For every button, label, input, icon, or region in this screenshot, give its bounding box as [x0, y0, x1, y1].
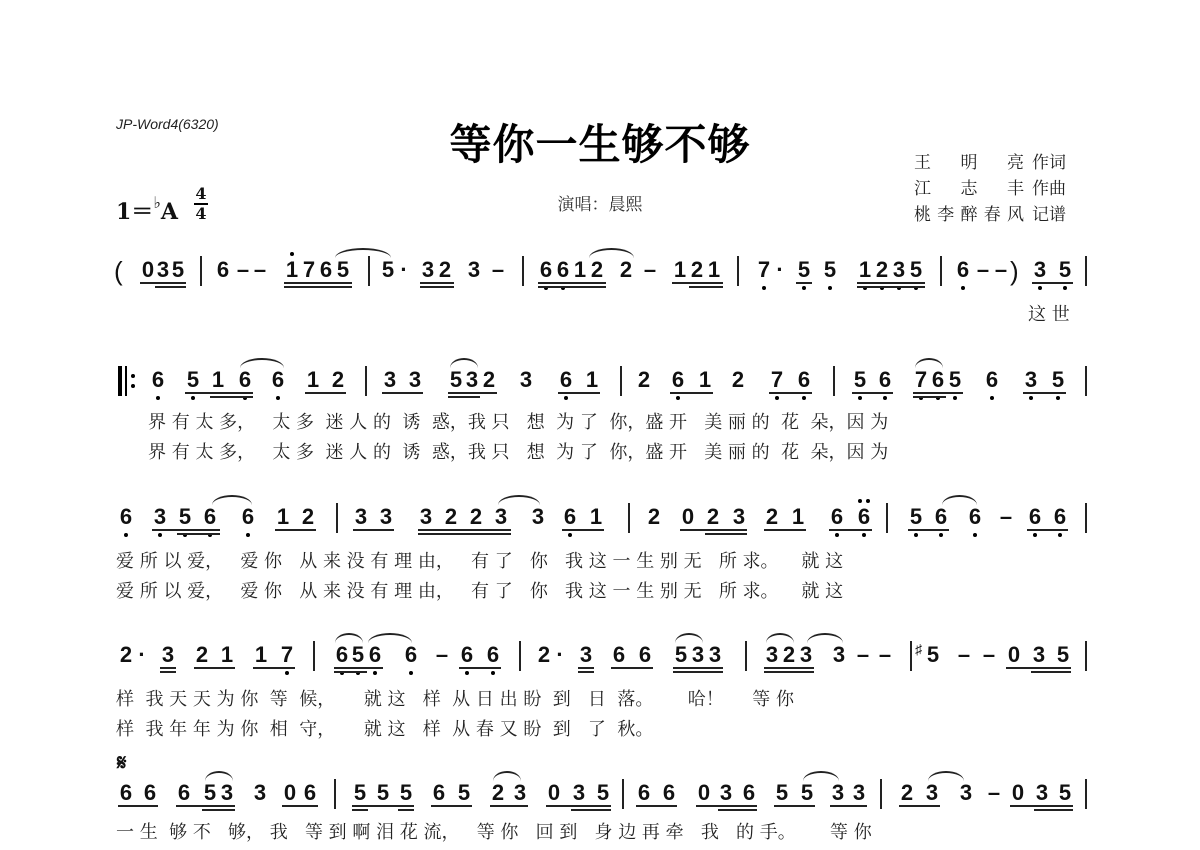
note: 6 [796, 368, 812, 392]
note: 2 [874, 258, 890, 282]
note: 6 [431, 781, 447, 805]
note: 6 [334, 643, 350, 667]
underline-beam [562, 529, 604, 531]
lower-octave-dot [158, 533, 162, 537]
note: 5 [595, 781, 611, 805]
lyric-line: 界 有 太 多， 太 多 迷 人 的 诱 惑，我 只 想 为 了 你，盛 开 美… [148, 438, 888, 464]
note: – [975, 258, 991, 282]
transcriber-credit: 桃 李 醉 春 风 记谱 [914, 202, 1066, 228]
repeat-part [131, 374, 135, 378]
credit-char: 李 [937, 202, 954, 228]
lower-octave-dot [276, 396, 280, 400]
repeat-part [118, 366, 122, 396]
note: 1 [588, 505, 604, 529]
underline-beam [1034, 809, 1073, 811]
bar-line [336, 503, 338, 533]
bar-line [620, 366, 622, 396]
note: 2 [781, 643, 797, 667]
note: 5 [352, 781, 368, 805]
underline-beam [177, 533, 220, 535]
lyric-line: 样 我 年 年 为 你 相 守， 就 这 样 从 春 又 盼 到 了 秋。 [116, 715, 653, 741]
note: 5 [1050, 368, 1066, 392]
note: 2 [437, 258, 453, 282]
lower-octave-dot [802, 286, 806, 290]
bar-line [886, 503, 888, 533]
lyric-line: 一 生 够 不 够， 我 等 到 啊 泪 花 流， 等 你 回 到 身 边 再 … [116, 818, 872, 844]
credit-char: 桃 [914, 202, 931, 228]
underline-beam [448, 396, 480, 398]
underline-beam [253, 667, 295, 669]
underline-beam [611, 667, 653, 669]
note: 5 [448, 368, 464, 392]
note: 2 [646, 505, 662, 529]
note: 0 [1010, 781, 1026, 805]
note: 6 [930, 368, 946, 392]
note: 3 [831, 643, 847, 667]
underline-beam [558, 392, 600, 394]
note: 6 [150, 368, 166, 392]
credits: 王 明 亮 作词 江 志 丰 作曲 桃 李 醉 春 风 记谱 [914, 150, 1066, 228]
note: 3 [155, 258, 171, 282]
note: 2 [194, 643, 210, 667]
slur [766, 633, 794, 643]
underline-beam [210, 396, 253, 398]
note: 0 [282, 781, 298, 805]
underline-beam [857, 282, 925, 284]
bar-line [1085, 256, 1087, 286]
note: 5 [380, 258, 396, 282]
note: 2 [589, 258, 605, 282]
credit-char: 亮 [1007, 150, 1024, 176]
note: 5 [177, 505, 193, 529]
note: 3 [731, 505, 747, 529]
underline-beam [334, 671, 367, 673]
underline-beam [913, 396, 946, 398]
note: 3 [1032, 258, 1048, 282]
key-note: A [161, 199, 178, 225]
note: 5 [774, 781, 790, 805]
note: 3 [798, 643, 814, 667]
note: 3 [1031, 643, 1047, 667]
note: 6 [240, 505, 256, 529]
lower-octave-dot [1056, 396, 1060, 400]
note: 6 [176, 781, 192, 805]
note: 5 [908, 258, 924, 282]
note: – [490, 258, 506, 282]
lower-octave-dot [191, 396, 195, 400]
note: 6 [611, 643, 627, 667]
lower-octave-dot [373, 671, 377, 675]
note: 5♯ [925, 643, 941, 667]
note: – [986, 781, 1002, 805]
note: 1 [284, 258, 300, 282]
underline-beam [431, 805, 472, 807]
note: 6 [670, 368, 686, 392]
note: 5 [1055, 643, 1071, 667]
note: 5 [375, 781, 391, 805]
paren: ) [1010, 256, 1019, 287]
underline-beam [352, 809, 368, 811]
note: – [981, 643, 997, 667]
bar-line [200, 256, 202, 286]
note: 3 [378, 505, 394, 529]
bar-line [940, 256, 942, 286]
note: 3 [530, 505, 546, 529]
underline-beam [908, 529, 949, 531]
underline-beam [672, 282, 723, 284]
lower-octave-dot [491, 671, 495, 675]
slur [675, 633, 703, 643]
underline-beam [382, 392, 423, 394]
slur [240, 358, 284, 368]
note: 3 [152, 505, 168, 529]
lower-octave-dot [939, 533, 943, 537]
note: · [134, 643, 150, 667]
underline-beam [118, 805, 158, 807]
note: – [877, 643, 893, 667]
note: 5 [1057, 258, 1073, 282]
note: 6 [118, 781, 134, 805]
note: 1 [572, 258, 588, 282]
note: 7 [913, 368, 929, 392]
note: 2 [490, 781, 506, 805]
note: 2 [468, 505, 484, 529]
note: 3 [764, 643, 780, 667]
note: 1 [857, 258, 873, 282]
note: 6 [829, 505, 845, 529]
bar-line [628, 503, 630, 533]
note: 6 [555, 258, 571, 282]
note: 3 [1034, 781, 1050, 805]
note: 6 [202, 505, 218, 529]
credit-char: 风 [1007, 202, 1024, 228]
bar-line [365, 366, 367, 396]
lower-octave-dot [465, 671, 469, 675]
bar-line [1085, 366, 1087, 396]
lower-octave-dot [568, 533, 572, 537]
underline-beam [673, 667, 723, 669]
underline-beam [852, 392, 893, 394]
slur [450, 358, 478, 368]
underline-beam [680, 529, 747, 531]
lyric-line: 爱 所 以 爱， 爱 你 从 来 没 有 理 由， 有 了 你 我 这 一 生 … [116, 547, 843, 573]
note: 2 [705, 505, 721, 529]
note: 3 [571, 781, 587, 805]
underline-beam [140, 282, 186, 284]
note: 3 [252, 781, 268, 805]
note: – [855, 643, 871, 667]
note: – [235, 258, 251, 282]
bar-line [522, 256, 524, 286]
lower-octave-dot [1058, 533, 1062, 537]
note: 5 [202, 781, 218, 805]
note: 1 [210, 368, 226, 392]
lower-octave-dot [564, 396, 568, 400]
note: 0 [680, 505, 696, 529]
lower-octave-dot [914, 533, 918, 537]
slur [498, 495, 540, 505]
note: 2 [689, 258, 705, 282]
note: 6 [1027, 505, 1043, 529]
note: 3 [353, 505, 369, 529]
underline-beam [899, 805, 940, 807]
underline-beam [829, 529, 872, 531]
underline-beam [420, 282, 454, 284]
note: 6 [318, 258, 334, 282]
slur [928, 771, 964, 781]
note: 6 [1052, 505, 1068, 529]
sharp-icon: ♯ [915, 637, 922, 661]
underline-beam [636, 805, 677, 807]
bar-line [1085, 503, 1087, 533]
underline-beam [284, 286, 352, 288]
note: 1 [697, 368, 713, 392]
lower-octave-dot [156, 396, 160, 400]
underline-beam [398, 809, 414, 811]
bar-line [745, 641, 747, 671]
note: 3 [851, 781, 867, 805]
bar-line [334, 779, 336, 809]
underline-beam [202, 809, 235, 811]
underline-beam [284, 282, 352, 284]
note: 6 [302, 781, 318, 805]
note: 2 [536, 643, 552, 667]
lower-octave-dot [124, 533, 128, 537]
lower-octave-dot [246, 533, 250, 537]
note: 2 [730, 368, 746, 392]
underline-beam [1032, 282, 1073, 284]
note: 3 [1023, 368, 1039, 392]
slur [368, 633, 412, 643]
underline-beam [538, 286, 606, 288]
note: 6 [967, 505, 983, 529]
credit-role: 记谱 [1032, 202, 1066, 228]
note: 6 [118, 505, 134, 529]
underline-beam [705, 533, 747, 535]
underline-beam [305, 392, 346, 394]
slur [335, 248, 391, 258]
underline-beam [160, 667, 176, 669]
note: – [956, 643, 972, 667]
underline-beam [764, 667, 814, 669]
note: 1 [305, 368, 321, 392]
credit-char: 醉 [961, 202, 978, 228]
note: 6 [637, 643, 653, 667]
note: 5 [170, 258, 186, 282]
bar-line [910, 641, 912, 671]
underline-beam [194, 667, 235, 669]
underline-beam [689, 286, 723, 288]
bar-line [1085, 641, 1087, 671]
underline-beam [578, 671, 594, 673]
underline-beam [769, 392, 812, 394]
slur [915, 358, 943, 368]
note: 5 [908, 505, 924, 529]
note: 5 [822, 258, 838, 282]
bar-line [737, 256, 739, 286]
underline-beam [334, 667, 383, 669]
bar-line [313, 641, 315, 671]
underline-beam [1027, 529, 1068, 531]
note: 6 [955, 258, 971, 282]
note: 7 [301, 258, 317, 282]
note: 3 [958, 781, 974, 805]
slur [803, 771, 839, 781]
underline-beam [1006, 667, 1071, 669]
credit-char: 志 [961, 176, 978, 202]
lower-octave-dot [409, 671, 413, 675]
note: 5 [673, 643, 689, 667]
underline-beam [718, 809, 757, 811]
credit-role: 作曲 [1032, 176, 1066, 202]
time-signature: 4 4 [194, 186, 208, 222]
lower-octave-dot [1063, 286, 1067, 290]
credit-char: 丰 [1007, 176, 1024, 202]
underline-beam [796, 282, 812, 284]
note: 1 [706, 258, 722, 282]
note: 3 [219, 781, 235, 805]
lower-octave-dot [1029, 396, 1033, 400]
slur [493, 771, 521, 781]
credit-char: 春 [984, 202, 1001, 228]
note: 1 [275, 505, 291, 529]
note: 3 [518, 368, 534, 392]
key-prefix: 1＝ [116, 199, 153, 225]
underline-beam [176, 805, 235, 807]
lower-octave-dot [961, 286, 965, 290]
slur [205, 771, 233, 781]
note: 2 [443, 505, 459, 529]
lower-octave-dot [802, 396, 806, 400]
note: 1 [790, 505, 806, 529]
note: 7 [279, 643, 295, 667]
lower-octave-dot [828, 286, 832, 290]
note: 5 [947, 368, 963, 392]
note: 5 [350, 643, 366, 667]
bar-line [880, 779, 882, 809]
lower-octave-dot [953, 396, 957, 400]
lower-octave-dot [862, 533, 866, 537]
underline-beam [352, 805, 414, 807]
lower-octave-dot [1033, 533, 1037, 537]
note: 6 [636, 781, 652, 805]
bar-line [1085, 779, 1087, 809]
note: 3 [418, 505, 434, 529]
note: 6 [485, 643, 501, 667]
note: 1 [672, 258, 688, 282]
note: – [998, 505, 1014, 529]
note: 5 [1057, 781, 1073, 805]
underline-beam [155, 286, 186, 288]
note: 3 [382, 368, 398, 392]
underline-beam [185, 392, 253, 394]
note: 1 [219, 643, 235, 667]
paren: ( [114, 256, 123, 287]
note: 3 [160, 643, 176, 667]
note: – [993, 258, 1009, 282]
time-sig-bottom: 4 [194, 206, 208, 222]
note: 5 [796, 258, 812, 282]
underline-beam [538, 282, 606, 284]
underline-beam [282, 805, 318, 807]
underline-beam [1031, 671, 1071, 673]
note: 5 [456, 781, 472, 805]
underline-beam [830, 805, 867, 807]
note: 6 [538, 258, 554, 282]
flat-icon: ♭ [153, 193, 161, 212]
note: 6 [558, 368, 574, 392]
note: 7 [756, 258, 772, 282]
lower-octave-dot [762, 286, 766, 290]
note: 3 [420, 258, 436, 282]
bar-line [519, 641, 521, 671]
note: 3 [707, 643, 723, 667]
note: 2 [764, 505, 780, 529]
note: 0 [696, 781, 712, 805]
note: 6 [142, 781, 158, 805]
segno-icon: 𝄋 [117, 750, 126, 776]
repeat-part [131, 384, 135, 388]
underline-beam [857, 286, 925, 288]
lyricist-credit: 王 明 亮 作词 [914, 150, 1066, 176]
note: 6 [237, 368, 253, 392]
note: 6 [270, 368, 286, 392]
credit-char: 王 [914, 150, 931, 176]
lyric-line: 界 有 太 多， 太 多 迷 人 的 诱 惑，我 只 想 为 了 你，盛 开 美… [148, 408, 888, 434]
underline-beam [1010, 805, 1073, 807]
note: 2 [636, 368, 652, 392]
note: 3 [493, 505, 509, 529]
note: 6 [661, 781, 677, 805]
underline-beam [774, 805, 815, 807]
note: – [642, 258, 658, 282]
note: · [552, 643, 568, 667]
key-signature: 1＝♭A [116, 195, 178, 226]
note: 3 [512, 781, 528, 805]
note: 7 [769, 368, 785, 392]
note: 2 [481, 368, 497, 392]
composer-credit: 江 志 丰 作曲 [914, 176, 1066, 202]
underline-beam [418, 533, 511, 535]
note: 2 [118, 643, 134, 667]
note: 3 [891, 258, 907, 282]
slur [942, 495, 977, 505]
note: 0 [546, 781, 562, 805]
note: 6 [459, 643, 475, 667]
note: 6 [933, 505, 949, 529]
bar-line [368, 256, 370, 286]
credit-role: 作词 [1032, 150, 1066, 176]
note: 0 [1006, 643, 1022, 667]
slur [335, 633, 363, 643]
slur [807, 633, 843, 643]
note: 3 [718, 781, 734, 805]
time-sig-top: 4 [194, 186, 208, 202]
note: 3 [578, 643, 594, 667]
note: 2 [899, 781, 915, 805]
note: 1 [253, 643, 269, 667]
lower-octave-dot [285, 671, 289, 675]
underline-beam [448, 392, 497, 394]
note: 3 [464, 368, 480, 392]
underline-beam [670, 392, 713, 394]
slur [589, 248, 634, 258]
note: 2 [300, 505, 316, 529]
note: – [252, 258, 268, 282]
note: 3 [407, 368, 423, 392]
lyric-line: 样 我 天 天 为 你 等 候， 就 这 样 从 日 出 盼 到 日 落。 哈！… [116, 685, 794, 711]
note: 5 [852, 368, 868, 392]
